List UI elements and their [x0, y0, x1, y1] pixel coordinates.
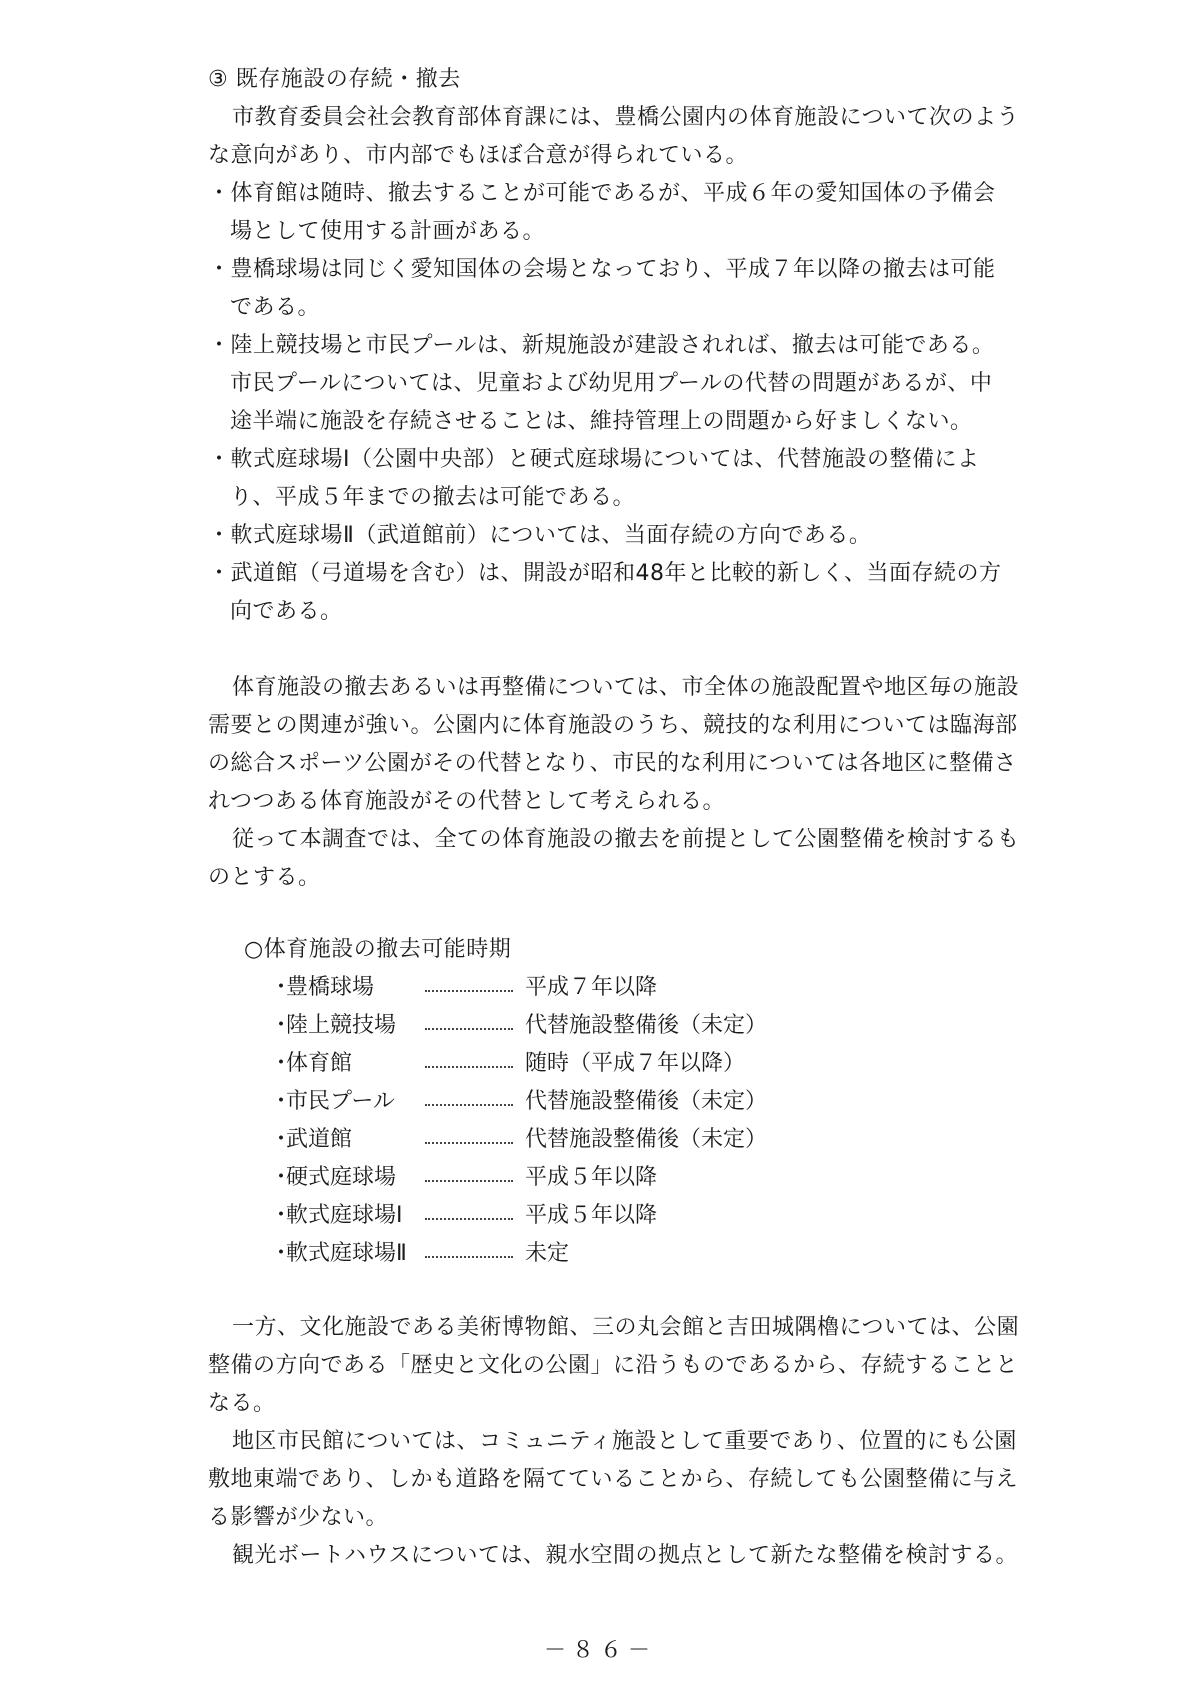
paragraph-line: 敷地東端であり、しかも道路を隔てていることから、存続しても公園整備に与え [208, 1466, 1018, 1494]
leader-dots [425, 1012, 513, 1030]
bullet-item-line: である。 [230, 294, 320, 322]
bullet-item-line: ・陸上競技場と市民プールは、新規施設が建設されれば、撤去は可能である。 [208, 332, 994, 360]
bullet-item-line: 場として使用する計画がある。 [230, 218, 545, 246]
bullet-item-line: り、平成５年までの撤去は可能である。 [230, 484, 635, 512]
facility-name: 体育館 [286, 1050, 352, 1078]
bullet-item-line: 市民プールについては、児童および幼児用プールの代替の問題があるが、中 [230, 370, 992, 398]
section-heading: ③ 既存施設の存続・撤去 [208, 66, 461, 94]
paragraph-line: のとする。 [208, 864, 321, 892]
intro-line: 市教育委員会社会教育部体育課には、豊橋公園内の体育施設について次のよう [232, 104, 1019, 132]
facility-name: 陸上競技場 [286, 1012, 396, 1040]
paragraph-line: の総合スポーツ公園がその代替となり、市民的な利用については各地区に整備さ [208, 750, 1017, 778]
bullet-item-line: 向である。 [230, 598, 343, 626]
paragraph-line: る影響が少ない。 [208, 1504, 388, 1532]
removal-timing: 平成５年以降 [525, 1164, 657, 1192]
leader-dots [425, 1164, 513, 1182]
facility-name: 市民プール [286, 1088, 395, 1116]
facility-name: 武道館 [286, 1126, 352, 1154]
bullet-item-line: 途半端に施設を存続させることは、維持管理上の問題から好ましくない。 [230, 408, 973, 436]
paragraph-line: 一方、文化施設である美術博物館、三の丸会館と吉田城隅櫓については、公園 [232, 1314, 1019, 1342]
facility-name: 軟式庭球場Ⅰ [286, 1202, 403, 1230]
removal-timing: 代替施設整備後（未定） [525, 1012, 767, 1040]
leader-dots [425, 1088, 513, 1106]
document-page: ③ 既存施設の存続・撤去 市教育委員会社会教育部体育課には、豊橋公園内の体育施設… [0, 0, 1200, 1697]
paragraph-line: 地区市民館については、コミュニティ施設として重要であり、位置的にも公園 [232, 1428, 1017, 1456]
leader-dots [425, 1240, 513, 1258]
removal-timing: 平成５年以降 [525, 1202, 657, 1230]
removal-timing: 代替施設整備後（未定） [525, 1088, 767, 1116]
leader-dots [425, 1050, 513, 1068]
intro-line: な意向があり、市内部でもほぼ合意が得られている。 [208, 142, 748, 170]
paragraph-line: 整備の方向である「歴史と文化の公園」に沿うものであるから、存続することと [208, 1352, 1018, 1380]
removal-timing: 未定 [525, 1240, 569, 1268]
paragraph-line: 観光ボートハウスについては、親水空間の拠点として新たな整備を検討する。 [232, 1542, 1018, 1570]
leader-dots [425, 1202, 513, 1220]
removal-timing: 随時（平成７年以降） [525, 1050, 745, 1078]
removal-timing: 平成７年以降 [525, 974, 657, 1002]
paragraph-line: なる。 [208, 1390, 276, 1418]
paragraph-line: 体育施設の撤去あるいは再整備については、市全体の施設配置や地区毎の施設 [232, 674, 1019, 702]
paragraph-line: れつつある体育施設がその代替として考えられる。 [208, 788, 725, 816]
removal-timing: 代替施設整備後（未定） [525, 1126, 767, 1154]
bullet-item-line: ・軟式庭球場Ⅱ（武道館前）については、当面存続の方向である。 [208, 522, 871, 550]
schedule-title: ○体育施設の撤去可能時期 [244, 936, 511, 964]
paragraph-line: 需要との関連が強い。公園内に体育施設のうち、競技的な利用については臨海部 [208, 712, 1018, 740]
page-number: －８６－ [0, 1637, 1200, 1665]
bullet-item-line: ・豊橋球場は同じく愛知国体の会場となっており、平成７年以降の撤去は可能 [208, 256, 996, 284]
facility-name: 軟式庭球場Ⅱ [286, 1240, 407, 1268]
leader-dots [425, 974, 513, 992]
facility-name: 豊橋球場 [286, 974, 374, 1002]
facility-name: 硬式庭球場 [286, 1164, 396, 1192]
bullet-item-line: ・武道館（弓道場を含む）は、開設が昭和48年と比較的新しく、当面存続の方 [208, 560, 1002, 588]
bullet-item-line: ・軟式庭球場Ⅰ（公園中央部）と硬式庭球場については、代替施設の整備によ [208, 446, 980, 474]
paragraph-line: 従って本調査では、全ての体育施設の撤去を前提として公園整備を検討するも [232, 826, 1020, 854]
leader-dots [425, 1126, 513, 1144]
bullet-item-line: ・体育館は随時、撤去することが可能であるが、平成６年の愛知国体の予備会 [208, 180, 996, 208]
